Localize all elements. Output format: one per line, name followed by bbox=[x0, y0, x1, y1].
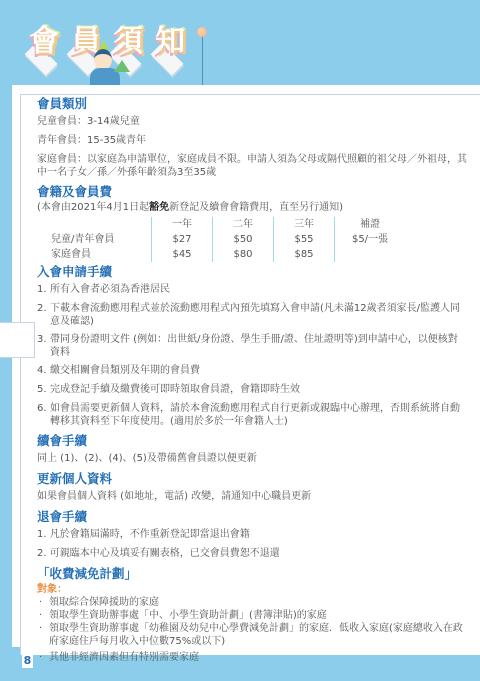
fees-note-suffix: 新登記及續會會籍費用，直至另行通知) bbox=[169, 202, 343, 213]
bullet-text: 領取綜合保障援助的家庭 bbox=[49, 596, 159, 609]
list-item: 4.繳交相關會員類別及年期的會員費 bbox=[37, 364, 467, 378]
list-item: 6.如會員需要更新個人資料，請於本會流動應用程式自行更新或親臨中心辦理，否則系統… bbox=[37, 402, 467, 428]
table-cell: $45 bbox=[152, 247, 213, 262]
list-item: 1.所有入會者必須為香港居民 bbox=[37, 283, 467, 297]
fees-note-prefix: (本會由2021年4月1日起 bbox=[37, 202, 149, 213]
section-heading: 續會手續 bbox=[37, 433, 467, 449]
target-label: 對象： bbox=[37, 583, 467, 596]
step-number: 2. bbox=[37, 302, 50, 328]
step-number: 1. bbox=[37, 283, 50, 297]
title-char: 知 bbox=[148, 16, 192, 60]
balloon-string bbox=[202, 37, 203, 85]
update-text: 如果會員個人資料 (如地址，電話) 改變，請通知中心職員更新 bbox=[37, 490, 467, 504]
section-fees: 會籍及會員費 (本會由2021年4月1日起豁免新登記及續會會籍費用，直至另行通知… bbox=[37, 184, 467, 262]
bullet-icon: · bbox=[37, 596, 49, 609]
bullet-text: 領取學生資助辦事處「幼稚園及幼兒中心學費減免計劃」的家庭．低收入家庭(家庭總收入… bbox=[49, 622, 467, 648]
page-header: 會 員 須 知 bbox=[0, 0, 480, 86]
step-text: 下載本會流動應用程式並於流動應用程式內預先填寫入會申請(凡未滿12歲者須家長/監… bbox=[50, 302, 467, 328]
step-number: 6. bbox=[37, 402, 50, 428]
section-heading: 更新個人資料 bbox=[37, 471, 467, 487]
member-type-item: 兒童會員：3-14歲兒童 bbox=[37, 115, 467, 129]
section-heading: 會籍及會員費 bbox=[37, 184, 467, 200]
list-item: 2.下載本會流動應用程式並於流動應用程式內預先填寫入會申請(凡未滿12歲者須家長… bbox=[37, 302, 467, 328]
bullet-text: 其他非經濟因素但有特別需要家庭 bbox=[49, 651, 199, 664]
withdrawal-item: 1. 凡於會籍屆滿時，不作重新登記即當退出會籍 bbox=[37, 528, 467, 542]
step-text: 如會員需要更新個人資料，請於本會流動應用程式自行更新或親臨中心辦理，否則系統將自… bbox=[50, 402, 467, 428]
list-item: ·其他非經濟因素但有特別需要家庭 bbox=[37, 651, 467, 664]
section-member-types: 會員類別 兒童會員：3-14歲兒童 青年會員：15-35歲青年 家庭會員：以家庭… bbox=[37, 96, 467, 179]
section-fee-waiver: 「收費減免計劃」 對象： ·領取綜合保障援助的家庭 ·領取學生資助辦事處「中、小… bbox=[37, 566, 467, 664]
list-item: ·領取綜合保障援助的家庭 bbox=[37, 596, 467, 609]
step-text: 帶同身份證明文件 (例如：出世紙/身份證、學生手冊/證、住址證明等)到申請中心，… bbox=[50, 333, 467, 359]
table-cell bbox=[335, 247, 406, 262]
step-number: 3. bbox=[37, 333, 50, 359]
step-text: 所有入會者必須為香港居民 bbox=[50, 283, 170, 297]
table-header-cell: 三年 bbox=[274, 217, 335, 232]
bullet-text: 領取學生資助辦事處「中、小學生資助計劃」(書簿津貼)的家庭 bbox=[49, 609, 327, 622]
table-row: 家庭會員 $45 $80 $85 bbox=[49, 247, 405, 262]
section-update: 更新個人資料 如果會員個人資料 (如地址，電話) 改變，請通知中心職員更新 bbox=[37, 471, 467, 504]
list-item: ·領取學生資助辦事處「中、小學生資助計劃」(書簿津貼)的家庭 bbox=[37, 609, 467, 622]
table-cell: $80 bbox=[213, 247, 274, 262]
member-type-item: 家庭會員：以家庭為申請單位，家庭成員不限。申請人須為父母或隔代照顧的祖父母／外祖… bbox=[37, 153, 467, 179]
member-type-item: 青年會員：15-35歲青年 bbox=[37, 134, 467, 148]
table-cell: $50 bbox=[213, 232, 274, 247]
list-item: ·領取學生資助辦事處「幼稚園及幼兒中心學費減免計劃」的家庭．低收入家庭(家庭總收… bbox=[37, 622, 467, 648]
table-row: 兒童/青年會員 $27 $50 $55 $5/一張 bbox=[49, 232, 405, 247]
table-cell: $27 bbox=[152, 232, 213, 247]
renewal-text: 同上 (1)、(2)、(4)、(5)及帶備舊會員證以便更新 bbox=[37, 452, 467, 466]
flag-icon bbox=[114, 60, 130, 72]
mascot-illustration-icon bbox=[90, 40, 130, 86]
withdrawal-item: 2. 可親臨本中心及填妥有關表格，已交會員費恕不退還 bbox=[37, 547, 467, 561]
fees-note-bold: 豁免 bbox=[149, 202, 169, 213]
table-row-label: 兒童/青年會員 bbox=[49, 232, 152, 247]
section-renewal: 續會手續 同上 (1)、(2)、(4)、(5)及帶備舊會員證以便更新 bbox=[37, 433, 467, 466]
mascot-head bbox=[94, 49, 112, 70]
fees-note: (本會由2021年4月1日起豁免新登記及續會會籍費用，直至另行通知) bbox=[37, 201, 467, 215]
step-number: 5. bbox=[37, 383, 50, 397]
side-tab bbox=[0, 322, 35, 358]
table-header-cell: 補證 bbox=[335, 217, 406, 232]
page-content: 會員類別 兒童會員：3-14歲兒童 青年會員：15-35歲青年 家庭會員：以家庭… bbox=[37, 96, 467, 666]
title-char: 會 bbox=[22, 16, 66, 60]
bullet-icon: · bbox=[37, 609, 49, 622]
section-heading: 會員類別 bbox=[37, 96, 467, 112]
table-row-label: 家庭會員 bbox=[49, 247, 152, 262]
table-header-row: 一年 二年 三年 補證 bbox=[49, 217, 405, 232]
table-cell: $85 bbox=[274, 247, 335, 262]
section-heading: 退會手續 bbox=[37, 509, 467, 525]
table-header-cell: 一年 bbox=[152, 217, 213, 232]
bullet-icon: · bbox=[37, 622, 49, 648]
table-header-cell bbox=[49, 217, 152, 232]
step-number: 4. bbox=[37, 364, 50, 378]
fees-table: 一年 二年 三年 補證 兒童/青年會員 $27 $50 $55 $5/一張 家庭… bbox=[49, 217, 405, 262]
page-number: 8 bbox=[22, 654, 33, 668]
section-heading: 「收費減免計劃」 bbox=[37, 566, 467, 582]
list-item: 5.完成登記手續及繳費後可即時領取會員證，會籍即時生效 bbox=[37, 383, 467, 397]
step-text: 繳交相關會員類別及年期的會員費 bbox=[50, 364, 200, 378]
balloon-icon bbox=[197, 27, 207, 37]
table-header-cell: 二年 bbox=[213, 217, 274, 232]
step-text: 完成登記手續及繳費後可即時領取會員證，會籍即時生效 bbox=[50, 383, 300, 397]
section-withdrawal: 退會手續 1. 凡於會籍屆滿時，不作重新登記即當退出會籍 2. 可親臨本中心及填… bbox=[37, 509, 467, 561]
list-item: 3.帶同身份證明文件 (例如：出世紙/身份證、學生手冊/證、住址證明等)到申請中… bbox=[37, 333, 467, 359]
fee-waiver-list: ·領取綜合保障援助的家庭 ·領取學生資助辦事處「中、小學生資助計劃」(書簿津貼)… bbox=[37, 596, 467, 664]
application-steps: 1.所有入會者必須為香港居民 2.下載本會流動應用程式並於流動應用程式內預先填寫… bbox=[37, 283, 467, 428]
bullet-icon: · bbox=[37, 651, 49, 664]
table-cell: $5/一張 bbox=[335, 232, 406, 247]
table-cell: $55 bbox=[274, 232, 335, 247]
section-application: 入會申請手續 1.所有入會者必須為香港居民 2.下載本會流動應用程式並於流動應用… bbox=[37, 264, 467, 428]
section-heading: 入會申請手續 bbox=[37, 264, 467, 280]
